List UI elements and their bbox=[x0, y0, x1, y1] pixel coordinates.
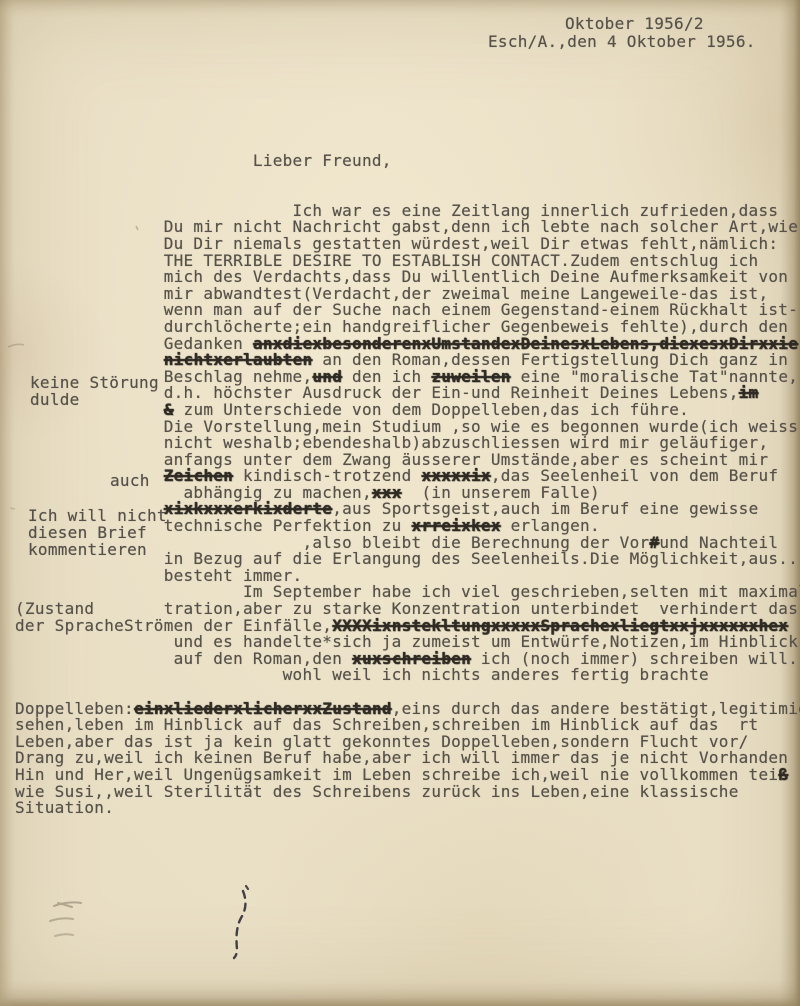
typed-over-text: im bbox=[739, 383, 759, 402]
letter-line: Situation. bbox=[15, 800, 800, 817]
pencil-scribble bbox=[54, 902, 81, 907]
typed-text: wie Susi,,weil Sterilität des Schreibens… bbox=[15, 782, 739, 801]
margin-note-kommentieren: kommentieren bbox=[28, 540, 147, 559]
margin-note-dulde: dulde bbox=[30, 390, 80, 409]
header-place-date: Esch/A.,den 4 Oktober 1956. bbox=[488, 32, 756, 51]
typed-text: Situation. bbox=[15, 798, 114, 817]
pen-stroke-mark bbox=[234, 891, 245, 958]
pencil-scribble bbox=[50, 918, 73, 921]
letter-line: Lieber Freund, bbox=[15, 153, 800, 170]
typed-text: wohl weil ich nichts anderes fertig brac… bbox=[15, 665, 709, 684]
scanned-letter-page: Oktober 1956/2 Esch/A.,den 4 Oktober 195… bbox=[0, 0, 800, 1006]
pen-dot-mark bbox=[246, 886, 248, 889]
header-date-number: Oktober 1956/2 bbox=[565, 14, 704, 33]
typed-text: Lieber Freund, bbox=[15, 151, 392, 170]
margin-note-auch: auch bbox=[110, 471, 150, 490]
letter-line: wohl weil ich nichts anderes fertig brac… bbox=[15, 667, 800, 684]
letter-line bbox=[15, 170, 800, 187]
pencil-scribble bbox=[55, 934, 73, 936]
typed-over-text: ß bbox=[778, 765, 788, 784]
letter-line: wie Susi,,weil Sterilität des Schreibens… bbox=[15, 784, 800, 801]
